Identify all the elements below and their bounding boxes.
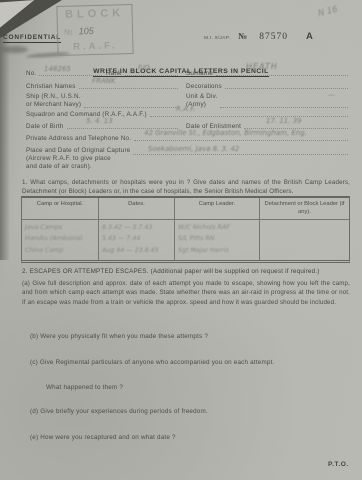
scanned-pow-form: CONFIDENTIAL BLOCK № 105 R.A.F. M.I. 9/J… [0,0,362,480]
entry-line [134,139,348,141]
entry-line [125,74,179,76]
squadron-handwritten: R.A.F. [176,105,196,113]
field-christian-names: Christian Names FRANK [26,83,178,90]
field-original-capture: Place and Date of Original Capture (Airc… [26,147,348,171]
form-reference: M.I. 9/JAP. № 87570 A [204,31,313,42]
number-handwritten: 148265 [44,65,71,73]
field-unit-div: Unit & Div. (Army) — [186,93,348,109]
stamp-number-line: № 105 [62,25,128,37]
entry-line [220,106,348,108]
christian-names-handwritten: FRANK [92,77,116,85]
entry-line [84,106,178,108]
entry-line [216,74,348,76]
question-2-title: 2. ESCAPES OR ATTEMPTED ESCAPES. (Additi… [22,268,350,275]
rank-handwritten: F/O [138,64,150,72]
col-camp-or-hospital: Camp or Hospital. [22,198,98,219]
camps-table: Camp or Hospital. Dates. Camp Leader. De… [21,196,350,263]
cell-detachment-leader [259,220,349,260]
ref-suffix-letter: A [306,31,313,42]
capture-handwritten: Soekaboemi, Java 8. 3. 42 [148,145,239,153]
block-number-stamp: BLOCK № 105 R.A.F. [56,4,133,56]
table-entry: Aug 44 — 23.8.45 [102,245,171,256]
enlistment-handwritten: 17. 11. 39 [266,117,302,125]
table-entry: S/L Pitts RN [178,233,256,244]
entry-line [150,115,348,117]
ink-smudge [2,46,28,53]
question-2e: (e) How were you recaptured and on what … [30,434,176,441]
question-1: 1. What camps, detachments or hospitals … [22,178,350,197]
table-entry: Java Camps [25,222,95,233]
table-entry: W/C Nichols RAF [178,222,256,233]
camps-table-body: Java Camps Haruku (Amboina) China Camp 8… [22,219,349,260]
question-2c: (c) Give Regimental particulars of anyon… [30,359,275,366]
entry-line [79,87,178,89]
stamp-no-label: № [64,27,73,36]
field-surname: Surname HEATH [186,70,348,77]
table-entry: 8.3.42 — 3.7.43 [102,222,171,233]
confidential-marking: CONFIDENTIAL [3,34,61,43]
question-2b: (b) Were you physically fit when you mad… [30,333,208,340]
ref-serial-number: 87570 [259,32,288,42]
question-2c-followup: What happened to them ? [46,384,123,391]
surname-handwritten: HEATH [246,62,278,71]
field-private-address: Private Address and Telephone No. 42 Gra… [26,135,348,142]
ref-no-label: № [238,31,247,41]
dob-handwritten: 5. 4. 13 [86,117,113,125]
field-ship: Ship (R.N., U.S.N. or Merchant Navy) [26,93,178,109]
stamp-raf-word: R.A.F. [62,40,128,53]
field-number: No. 148265 [26,70,102,77]
entry-line [133,153,348,155]
entry-line [225,87,348,89]
stamp-number-handwritten: 105 [78,26,93,36]
field-decorations: Decorations [186,83,348,90]
table-entry: 5.43 — 7.44 [102,233,171,244]
ref-prefix: M.I. 9/JAP. [204,36,230,41]
stamp-block-word: BLOCK [61,7,127,21]
col-dates: Dates. [98,198,174,219]
table-entry: Sgt Major Harris [178,245,256,256]
table-entry: China Camp [25,245,95,256]
unit-div-handwritten: — [328,91,335,99]
pencil-annotation: N 16 [317,5,339,20]
col-camp-leader: Camp Leader. [174,198,259,219]
entry-line [39,74,102,76]
col-detachment-leader: Detachment or Block Leader (if any). [259,198,349,219]
cell-camp-leader: W/C Nichols RAF S/L Pitts RN Sgt Major H… [174,220,259,260]
address-handwritten: 42 Granville St., Edgbaston, Birmingham,… [144,129,307,137]
camps-table-header: Camp or Hospital. Dates. Camp Leader. De… [22,198,349,219]
question-2d: (d) Give briefly your experiences during… [30,408,208,415]
table-entry: Haruku (Amboina) [25,233,95,244]
question-2a: (a) Give full description and approx. da… [22,279,350,307]
field-rank: Rank F/O [106,70,178,77]
cell-dates: 8.3.42 — 3.7.43 5.43 — 7.44 Aug 44 — 23.… [98,220,174,260]
page-turn-over-note: P.T.O. [328,461,349,468]
cell-camp-or-hospital: Java Camps Haruku (Amboina) China Camp [22,220,98,260]
